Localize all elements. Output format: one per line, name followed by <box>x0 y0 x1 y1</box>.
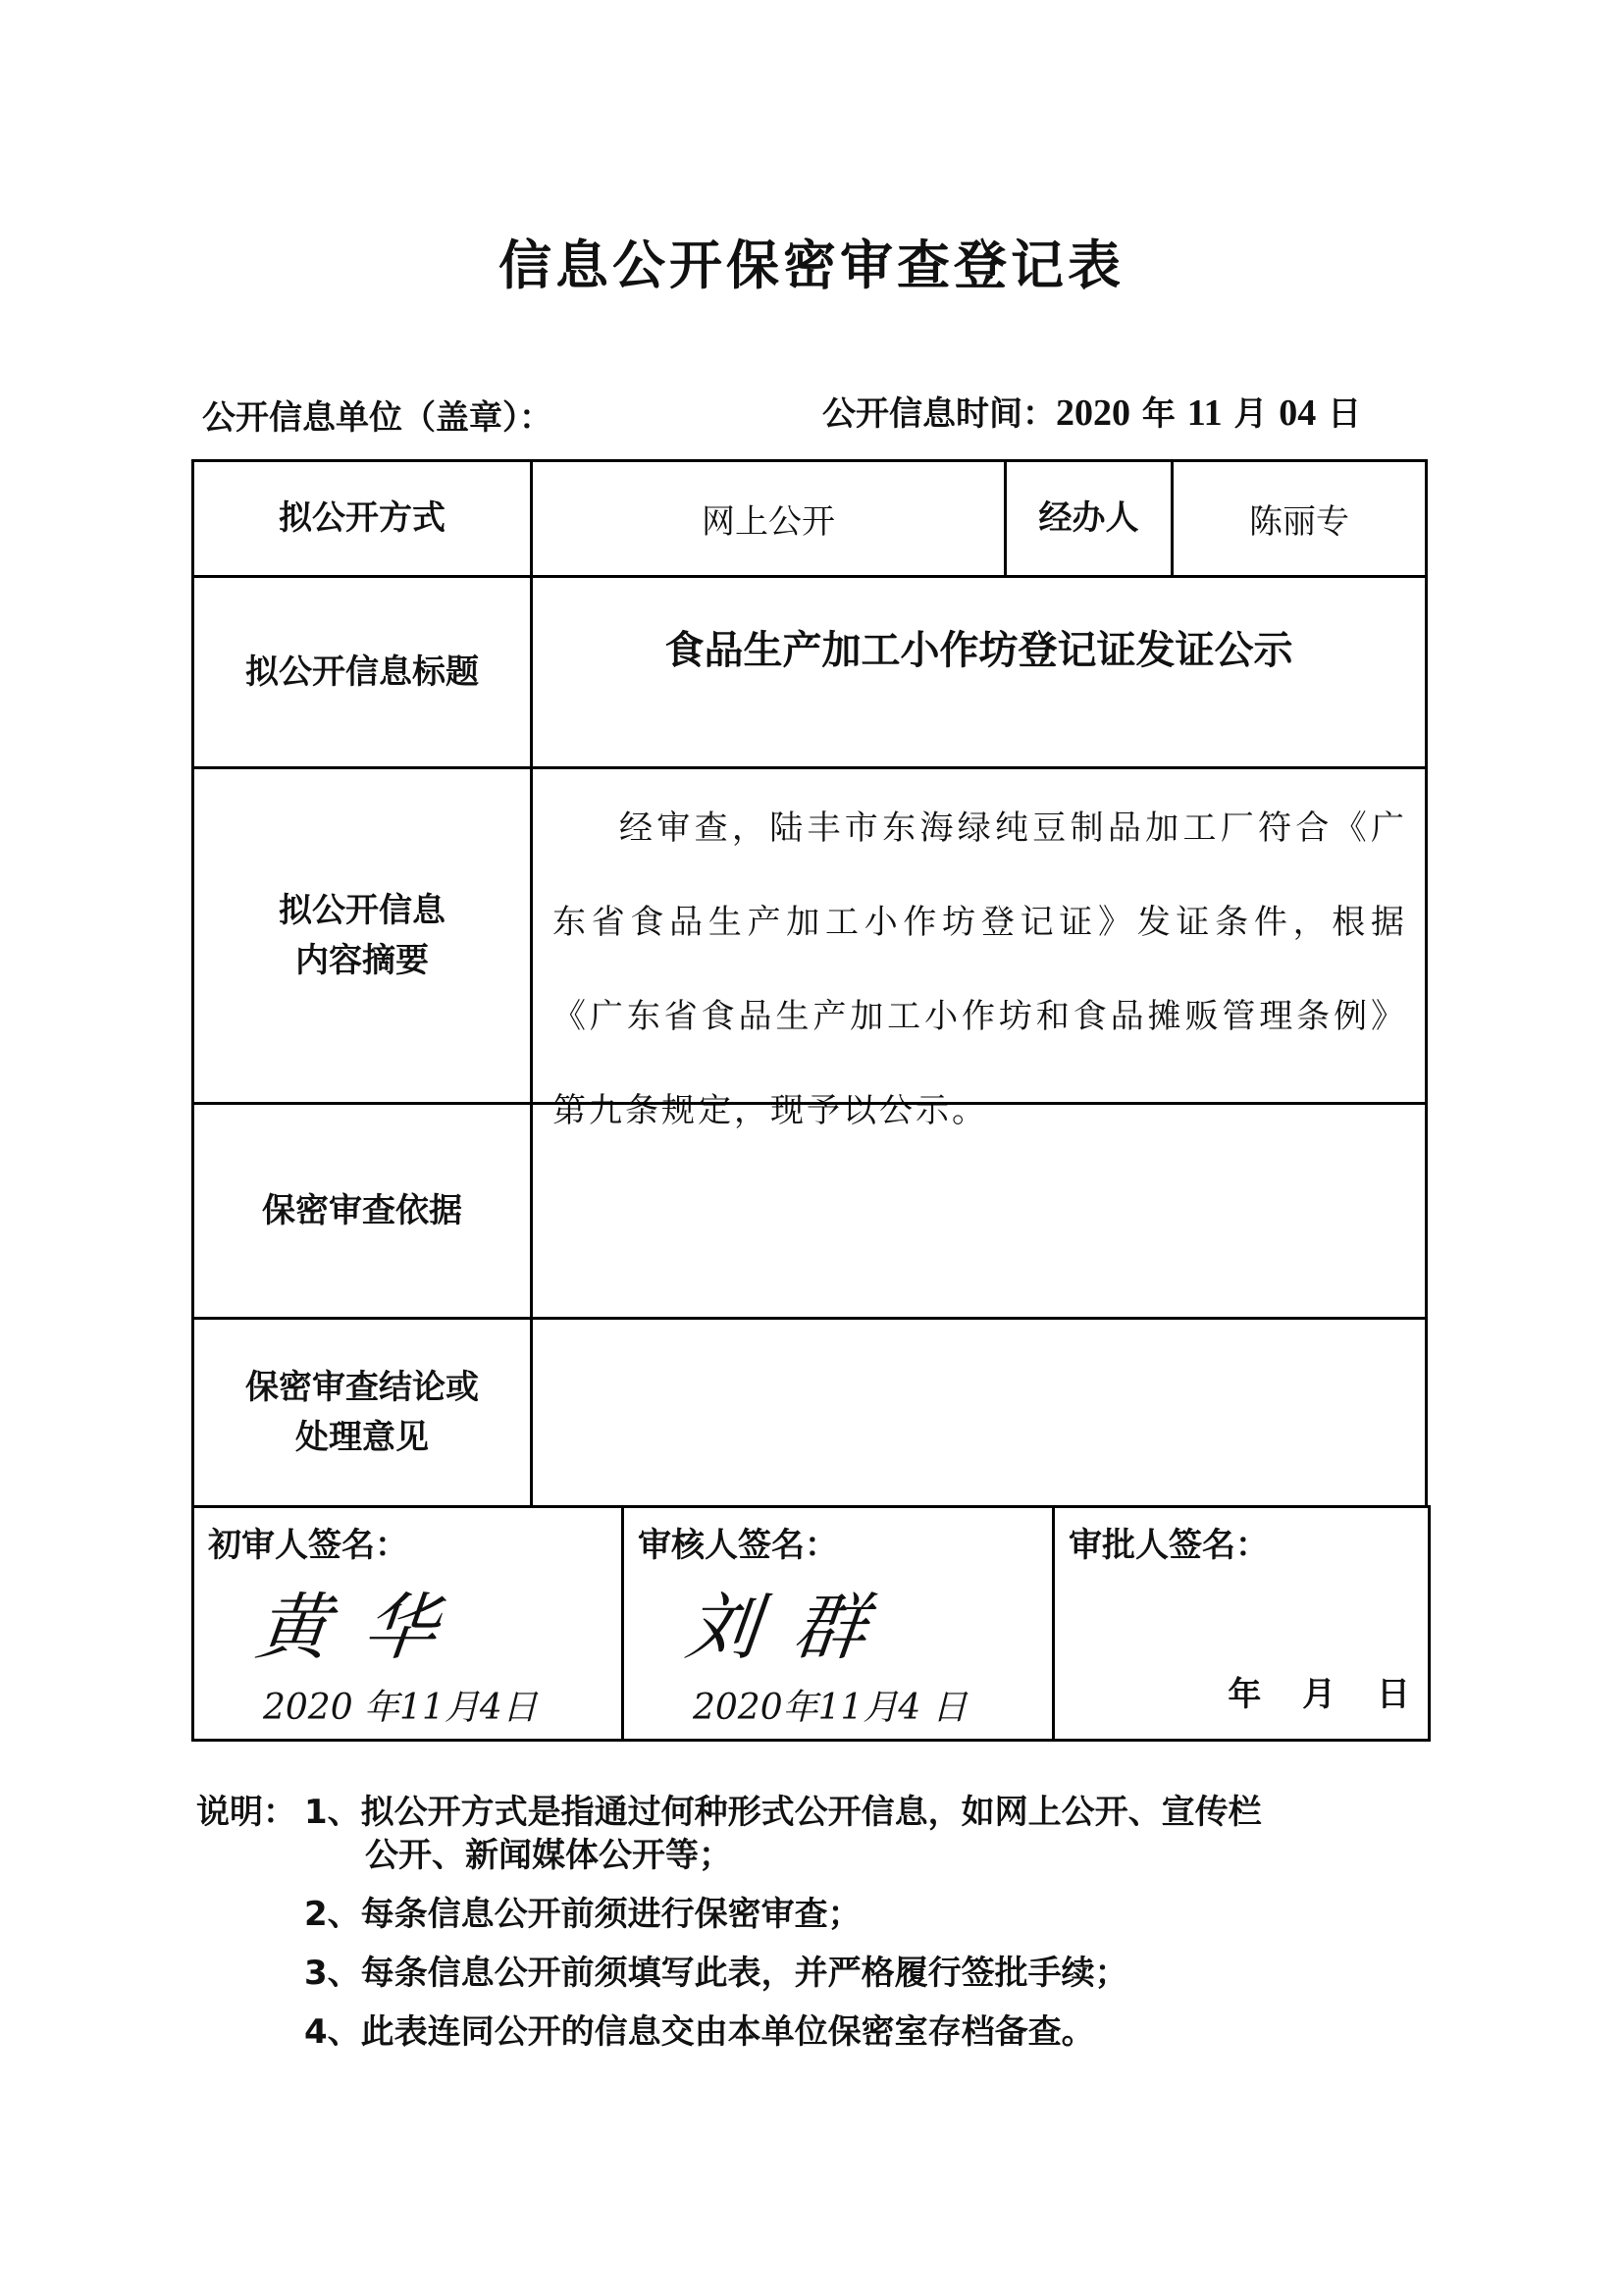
month-unit: 月 <box>1233 394 1267 434</box>
basis-value <box>530 1102 1428 1320</box>
publish-day: 04 <box>1279 392 1316 434</box>
conclusion-label-line2: 处理意见 <box>295 1413 429 1463</box>
initial-reviewer-date: 2020 年11月4日 <box>263 1680 538 1730</box>
initial-reviewer-signature: 黄 华 <box>251 1570 448 1674</box>
note-1-line1: 1、拟公开方式是指通过何种形式公开信息，如网上公开、宣传栏 <box>304 1788 1262 1837</box>
summary-label: 拟公开信息 内容摘要 <box>191 766 533 1105</box>
note-item-3: 3、每条信息公开前须填写此表，并严格履行签批手续； <box>196 1949 1262 1998</box>
auditor-signature-cell: 审核人签名： 刘 群 2020年11月4 日 <box>621 1505 1055 1742</box>
handler-value-text: 陈丽专 <box>1249 495 1349 543</box>
subject-label-text: 拟公开信息标题 <box>245 648 479 698</box>
handler-label-text: 经办人 <box>1039 494 1139 544</box>
handler-label: 经办人 <box>1004 459 1174 578</box>
note-1-line2: 公开、新闻媒体公开等； <box>196 1831 1262 1880</box>
conclusion-label-line1: 保密审查结论或 <box>245 1363 479 1413</box>
summary-label-line2: 内容摘要 <box>295 936 429 986</box>
review-table: 拟公开方式 网上公开 经办人 陈丽专 拟公开信息标题 食品生产加工小作坊登记证发… <box>191 459 1428 1742</box>
publish-year: 2020 <box>1056 392 1130 434</box>
publish-time-label: 公开信息时间： <box>822 394 1056 434</box>
handler-value: 陈丽专 <box>1171 459 1428 578</box>
conclusion-label: 保密审查结论或 处理意见 <box>191 1317 533 1508</box>
subject-label: 拟公开信息标题 <box>191 575 533 769</box>
basis-label-text: 保密审查依据 <box>262 1186 462 1236</box>
auditor-date: 2020年11月4 日 <box>693 1680 968 1730</box>
approver-signature-cell: 审批人签名： 年 月 日 <box>1052 1505 1431 1742</box>
auditor-label: 审核人签名： <box>638 1518 838 1566</box>
document-title: 信息公开保密审查登记表 <box>0 224 1623 299</box>
approver-label: 审批人签名： <box>1069 1518 1269 1566</box>
summary-label-line1: 拟公开信息 <box>279 886 445 936</box>
publish-time: 公开信息时间：2020 年 11 月 04 日 <box>822 387 1361 435</box>
day-unit: 日 <box>1328 394 1361 434</box>
notes-prefix: 说明： <box>196 1788 304 1837</box>
notes-section: 说明： 1、拟公开方式是指通过何种形式公开信息，如网上公开、宣传栏 公开、新闻媒… <box>196 1788 1262 2057</box>
note-item-4: 4、此表连同公开的信息交由本单位保密室存档备查。 <box>196 2008 1262 2057</box>
summary-value: 经审查，陆丰市东海绿纯豆制品加工厂符合《广东省食品生产加工小作坊登记证》发证条件… <box>530 766 1428 1105</box>
subject-value: 食品生产加工小作坊登记证发证公示 <box>530 575 1428 769</box>
method-value-text: 网上公开 <box>702 495 835 543</box>
publish-month: 11 <box>1187 392 1223 434</box>
year-unit: 年 <box>1142 394 1176 434</box>
note-item-2: 2、每条信息公开前须进行保密审查； <box>196 1890 1262 1939</box>
method-label: 拟公开方式 <box>191 459 533 578</box>
initial-reviewer-signature-cell: 初审人签名： 黄 华 2020 年11月4日 <box>191 1505 624 1742</box>
unit-label: 公开信息单位（盖章）： <box>202 391 552 439</box>
method-label-text: 拟公开方式 <box>279 494 445 544</box>
method-value: 网上公开 <box>530 459 1007 578</box>
initial-reviewer-label: 初审人签名： <box>208 1518 408 1566</box>
conclusion-value <box>530 1317 1428 1508</box>
auditor-signature: 刘 群 <box>681 1570 878 1674</box>
approver-date: 年 月 日 <box>1228 1667 1410 1715</box>
basis-label: 保密审查依据 <box>191 1102 533 1320</box>
note-item-1: 说明： 1、拟公开方式是指通过何种形式公开信息，如网上公开、宣传栏 <box>196 1788 1262 1837</box>
subject-value-text: 食品生产加工小作坊登记证发证公示 <box>665 619 1293 675</box>
